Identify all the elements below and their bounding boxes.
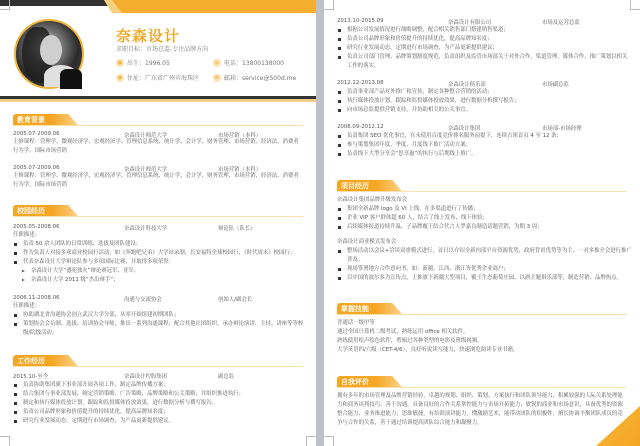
page-corner-mark [0, 436, 10, 446]
list-item: 企业 VIP 客户群体超 60 人，结合了线上发布、线下体验； [337, 214, 632, 223]
project-bullets-2: 整场活动以会议+洽谈双重模式进行，首日以介绍全新内部平台资源优势，政府背景优势等… [337, 247, 632, 283]
list-item: 作为负责人对接多项商业校园行活动，如《奔跑吧兄弟》大学站录制，长安福特全球校园行… [13, 249, 308, 258]
page-corner-mark [630, 0, 640, 10]
list-subitem: 奈森设计大学“盛苑独火”辩论赛冠军、亚军； [13, 267, 308, 276]
list-item: 后续媒体报道持续升温，子品牌覆王结合代言人罗嘉良制造话题营销，为期 3 周； [337, 223, 632, 232]
self-eval-text: 拥有多年的市场管理及品牌营销经验，卓越的规划、组织、策划、方案执行和团队领导能力… [337, 392, 627, 428]
list-item: 整场活动以会议+洽谈双重模式进行，首日以介绍全新内部平台资源优势，政府背景优势等… [337, 247, 632, 265]
list-item: 负责事业部产品对外推广和宣传，制定各种整合营销的活动； [337, 88, 632, 97]
list-item: 向市场总监提供营销支持，并协助相关的公关事宜。 [337, 106, 632, 115]
list-item: 负责协助集团旗下事业部开展各项工作，制定品牌传播方案； [13, 381, 308, 390]
list-subitem: 奈森设计大学 2011 级“杰出辩手”； [13, 276, 308, 285]
list-item: 根据公司发展情况进行战略调整，配合相关销售部门搭建销售渠道； [337, 26, 632, 35]
list-item: 代表奈森设计大学辩论队参与多项国际比赛，并取得多项荣誉： [13, 258, 308, 267]
campus-desc-label-1: 任职描述： [13, 231, 40, 240]
skill-line: 熟练使用绘声绘色软件，剪辑过各种类型的电影及班级视频。 [337, 337, 632, 346]
list-item: 负责 50 余人团队的日常训练、选拔及团队建设； [13, 240, 308, 249]
address-info: ◉ 住址：广东省广州市海珠区 [116, 73, 199, 82]
job-objective: 求职目标：市场总监-专注品牌方向 [116, 44, 208, 53]
list-item: 负责集团 SEO 优化事宜，在未使用百度竞价排名服务前提下，连续占领首页 4 至… [337, 132, 632, 141]
skill-line: 通过全国计算机二级考试，熟练运用 office 相关软件。 [337, 328, 632, 337]
list-item: 制定和执行媒体投放计划，跟踪和监督媒体投放效果，进行数据分析与撰写报告； [13, 399, 308, 408]
list-item: 负责公司部门管理、品牌策划制度规范，负责组织及监管市场部关于对外合作、渠道管理、… [337, 53, 632, 71]
list-item: 集团全新品牌 logo 及 VI 上线，在多渠道进行了传播； [337, 205, 632, 214]
education-courses-2: 主修课程：管理学、微观经济学、宏观经济学、管理信息系统、统计学、会计学、财务管理… [13, 172, 303, 190]
list-item: 负责公司品牌形象和价值提升的持续优化，提高品牌知名度； [337, 35, 632, 44]
list-item: 执行媒体投放计划，跟踪和监督媒体投放效果，进行数据分析撰写报告； [337, 97, 632, 106]
avatar [14, 19, 84, 89]
list-item: 以中国的波尔多为宣传点，主推旗下新疆大型项目，覆王生态葡萄庄园，以酒主题俱乐部等… [337, 274, 632, 283]
candidate-name: 奈森设计 [116, 25, 180, 46]
project-name-2: 奈森设计商业模式发布会 [337, 238, 396, 247]
phone-icon: ☏ [213, 59, 221, 67]
section-header-work: 工作经历 [13, 355, 303, 367]
mail-icon: ✉ [213, 74, 221, 82]
page-corner-mark [0, 0, 10, 10]
education-courses-1: 主修课程：管理学、微观经济学、宏观经济学、管理信息系统、统计学、会计学、财务管理… [13, 138, 303, 156]
resume-page-2: 2013.10-2015.09 奈森设计有限公司 市场及运营总监 根据公司发展情… [324, 0, 640, 446]
header-divider-light [0, 99, 316, 102]
work-bullets-1: 负责协助集团旗下事业部开展各项工作，制定品牌传播方案； 结合集团与事业部发展，制… [13, 381, 308, 426]
skills-list: 普通话一级甲等 通过全国计算机二级考试，熟练运用 office 相关软件。 熟练… [337, 319, 632, 355]
email-info: ✉ 邮箱：service@500d.me [213, 73, 296, 82]
location-icon: ◉ [116, 74, 124, 82]
list-item: 现场签署地方合作意向书，如：新疆、江西、浙江等优秀企业商户； [337, 265, 632, 274]
project-name-1: 奈森设计集团品牌升级发布会 [337, 196, 407, 205]
header-accent-bar [112, 0, 316, 13]
birth-info: ▦ 出生：1996.05 [116, 58, 170, 67]
list-item: 负责线下大型分享会“思享惠”的执行与后期线上推广。 [337, 150, 632, 159]
resume-page-1: 奈森设计 求职目标：市场总监-专注品牌方向 ▦ 出生：1996.05 ☏ 电话：… [0, 0, 316, 446]
list-item: 研究行业发展动态，定期进行市场调查，为产品更新提供建议； [337, 44, 632, 53]
list-item: 负责公司品牌形象和价值提升的持续优化，提高品牌知名度； [13, 408, 308, 417]
phone-info: ☏ 电话：13800138000 [213, 58, 284, 67]
list-item: 参与策划集团年度、季度、月度线下推广活动方案； [337, 141, 632, 150]
calendar-icon: ▦ [116, 59, 124, 67]
page-corner-mark [324, 436, 334, 446]
list-item: 研究行业发展动态，定期进行市场调查，为产品更新提供建议。 [13, 417, 308, 426]
list-item: 协助湖北省沟通协会创立武汉大学分部，从零开始组建初期团队； [13, 311, 308, 320]
section-header-education: 教育背景 [13, 114, 303, 126]
page-corner-mark [306, 436, 316, 446]
work-bullets-2: 根据公司发展情况进行战略调整，配合相关销售部门搭建销售渠道； 负责公司品牌形象和… [337, 26, 632, 71]
campus-desc-label-2: 任职描述： [13, 302, 40, 311]
list-item: 结合集团与事业部发展，制定营销策略、广告策略、品牌策略和公关策略，并组织推进执行… [13, 390, 308, 399]
project-bullets-1: 集团全新品牌 logo 及 VI 上线，在多渠道进行了传播； 企业 VIP 客户… [337, 205, 632, 232]
section-header-self-eval: 自我评价 [337, 376, 627, 388]
section-header-campus: 校园经历 [13, 205, 303, 217]
campus-bullets-2: 协助湖北省沟通协会创立武汉大学分部，从零开始组建初期团队； 策划协会会员制、选拔… [13, 311, 308, 338]
work-bullets-4: 负责集团 SEO 优化事宜，在未使用百度竞价排名服务前提下，连续占领首页 4 至… [337, 132, 632, 159]
skill-line: 普通话一级甲等 [337, 319, 632, 328]
section-header-skills: 掌握技能 [337, 303, 627, 315]
skill-line: 大学英语四/六级（CET-4/6），良好听说读写能力，快速浏览阅读专业书籍。 [337, 346, 632, 355]
work-bullets-3: 负责事业部产品对外推广和宣传，制定各种整合营销的活动； 执行媒体投放计划，跟踪和… [337, 88, 632, 115]
section-header-projects: 项目经历 [337, 180, 627, 192]
page-corner-mark [324, 0, 334, 10]
list-item: 策划协会会员制、选拔、培训协会导师，推出一系列沟通课程；配合其他社团组织，承办辩… [13, 320, 308, 338]
campus-bullets-1: 负责 50 余人团队的日常训练、选拔及团队建设； 作为负责人对接多项商业校园行活… [13, 240, 308, 285]
